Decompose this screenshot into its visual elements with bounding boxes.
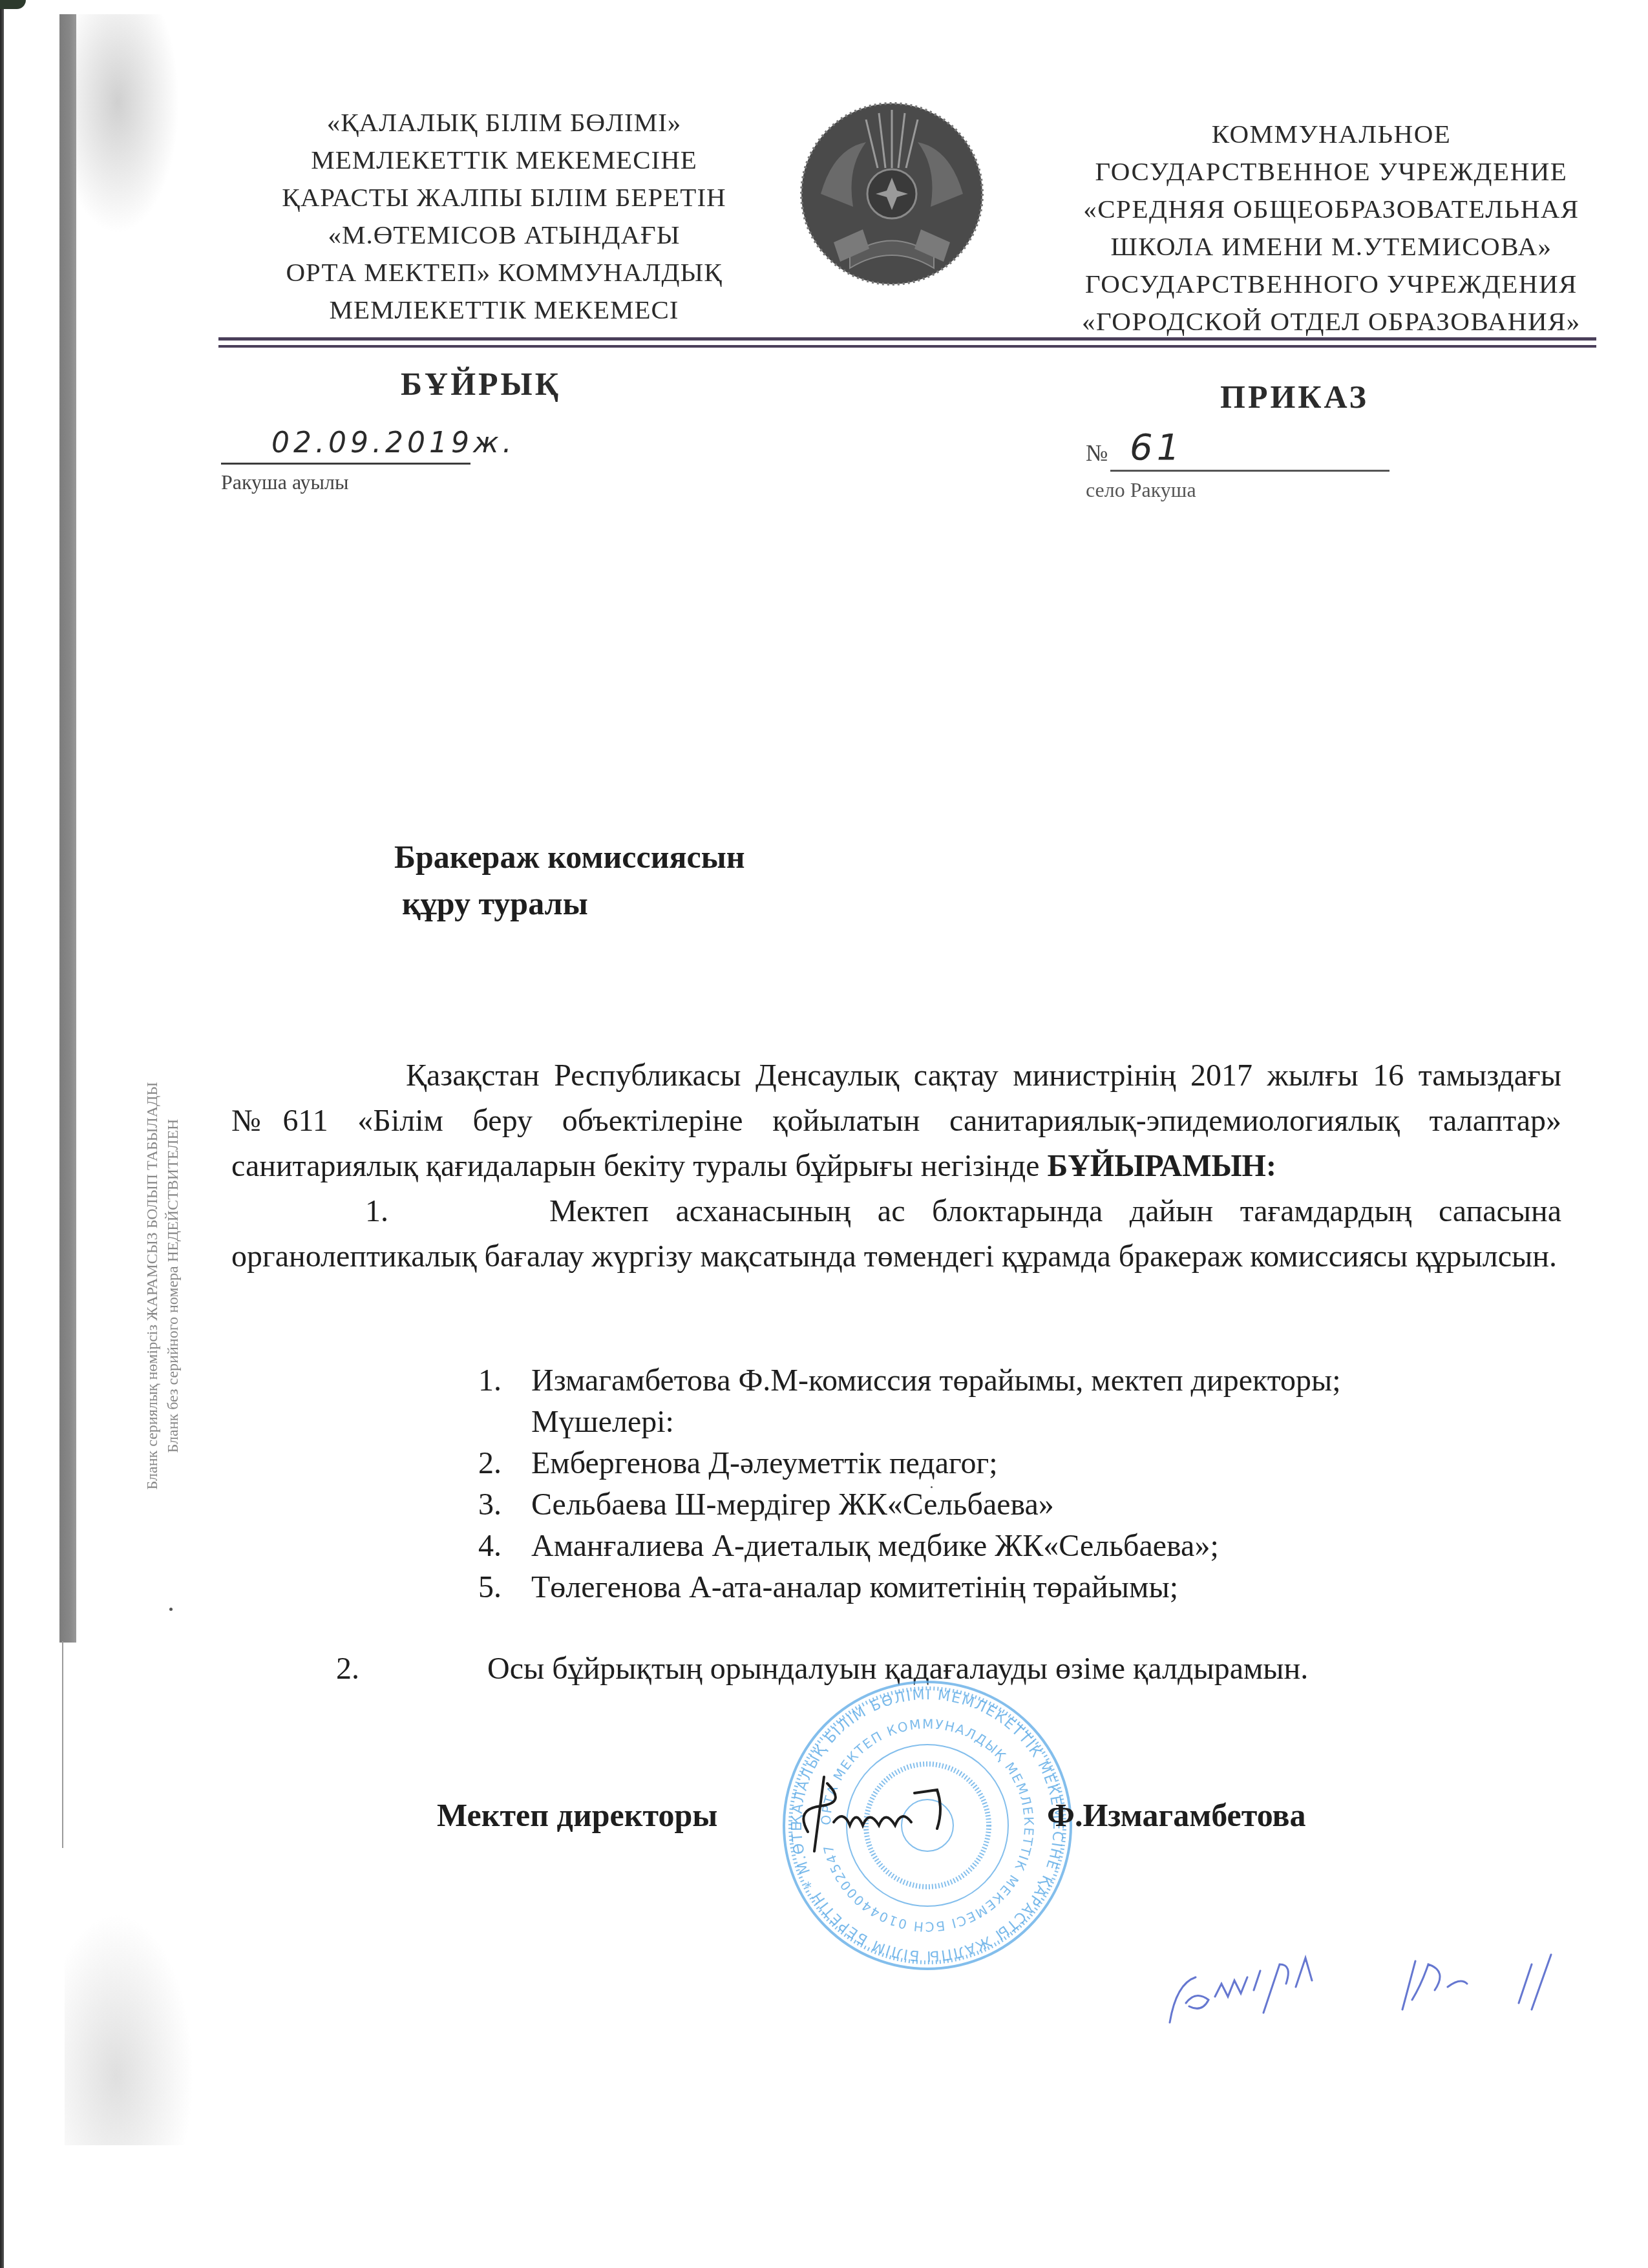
header-line: ШКОЛА ИМЕНИ М.УТЕМИСОВА» — [1060, 227, 1603, 265]
scan-dot — [931, 1486, 933, 1488]
state-emblem-icon — [795, 97, 989, 291]
handwritten-copy-note-icon — [1157, 1951, 1609, 2029]
item-text: Мектеп асханасының ас блоктарында дайын … — [231, 1194, 1561, 1274]
order-word: БҰЙЫРАМЫН: — [1047, 1149, 1276, 1183]
header-left-kz: «ҚАЛАЛЫҚ БІЛІМ БӨЛІМІ» МЕМЛЕКЕТТІК МЕКЕМ… — [246, 103, 763, 328]
member-row: 5.Төлегенова А-ата-аналар комитетінің тө… — [478, 1567, 1341, 1608]
handwritten-signature-icon — [788, 1770, 982, 1854]
scan-dot — [169, 1608, 173, 1611]
place-kz: Ракуша ауылы — [221, 470, 348, 494]
scan-noise — [76, 14, 180, 234]
date-underline — [221, 463, 470, 465]
scan-edge — [0, 0, 4, 2268]
header-line: КОММУНАЛЬНОЕ — [1060, 115, 1603, 152]
order-number: 61 — [1130, 426, 1183, 468]
subject-line: құру туралы — [394, 880, 745, 927]
member-row: 2.Ембергенова Д-әлеуметтік педагог; — [478, 1443, 1341, 1484]
header-line: ГОСУДАРСТВЕННОЕ УЧРЕЖДЕНИЕ — [1060, 152, 1603, 190]
blank-serial-note: Бланк сериялық нөмірсіз ЖАРАМСЫЗ БОЛЫП Т… — [142, 1060, 213, 1512]
signatory-name: Ф.Измагамбетова — [1047, 1796, 1305, 1834]
header-divider — [218, 337, 1596, 341]
header-line: «ГОРОДСКОЙ ОТДЕЛ ОБРАЗОВАНИЯ» — [1060, 302, 1603, 340]
member-row: 4.Аманғалиева А-диеталық медбике ЖК«Сель… — [478, 1526, 1341, 1567]
binding-shadow — [59, 14, 76, 1643]
header-line: МЕМЛЕКЕТТІК МЕКЕМЕСІНЕ — [246, 141, 763, 178]
members-heading: Мүшелері: — [478, 1402, 1341, 1443]
item-number: 2. — [336, 1651, 487, 1686]
header-line: МЕМЛЕКЕТТІК МЕКЕМЕСІ — [246, 291, 763, 328]
scan-corner — [0, 0, 26, 9]
header-right-ru: КОММУНАЛЬНОЕ ГОСУДАРСТВЕННОЕ УЧРЕЖДЕНИЕ … — [1060, 115, 1603, 340]
order-body: Қазақстан Республикасы Денсаулық сақтау … — [231, 1053, 1561, 1279]
binding-line — [62, 1641, 63, 1848]
header-line: «СРЕДНЯЯ ОБЩЕОБРАЗОВАТЕЛЬНАЯ — [1060, 190, 1603, 227]
member-row: 1.Измагамбетова Ф.М-комиссия төрайымы, м… — [478, 1360, 1341, 1402]
member-row: 3.Сельбаева Ш-мердігер ЖК«Сельбаева» — [478, 1484, 1341, 1526]
number-label: № — [1086, 439, 1108, 467]
order-subject: Бракераж комиссиясын құру туралы — [394, 834, 745, 927]
preamble: Қазақстан Республикасы Денсаулық сақтау … — [231, 1053, 1561, 1189]
number-underline — [1110, 470, 1389, 472]
place-ru: село Ракуша — [1086, 478, 1196, 502]
order-date: 02.09.2019ж. — [271, 426, 516, 459]
header-line: «ҚАЛАЛЫҚ БІЛІМ БӨЛІМІ» — [246, 103, 763, 141]
header-line: «М.ӨТЕМІСОВ АТЫНДАҒЫ — [246, 216, 763, 253]
item-number: 1. — [365, 1194, 388, 1228]
subject-line: Бракераж комиссиясын — [394, 834, 745, 880]
header-line: ҚАРАСТЫ ЖАЛПЫ БІЛІМ БЕРЕТІН — [246, 178, 763, 216]
signatory-role: Мектеп директоры — [437, 1796, 717, 1834]
commission-members: 1.Измагамбетова Ф.М-комиссия төрайымы, м… — [478, 1360, 1341, 1608]
preamble-text: Қазақстан Республикасы Денсаулық сақтау … — [231, 1058, 1561, 1183]
order-title-ru: ПРИКАЗ — [1220, 378, 1369, 415]
order-title-kz: БҰЙРЫҚ — [401, 365, 561, 403]
item-1: 1. Мектеп асханасының ас блоктарында дай… — [231, 1189, 1561, 1279]
scan-noise — [65, 1913, 194, 2145]
header-divider — [218, 345, 1596, 348]
header-line: ОРТА МЕКТЕП» КОММУНАЛДЫҚ — [246, 253, 763, 291]
header-line: ГОСУДАРСТВЕННОГО УЧРЕЖДЕНИЯ — [1060, 265, 1603, 302]
note-line-kz: Бланк сериялық нөмірсіз ЖАРАМСЫЗ БОЛЫП Т… — [142, 1060, 163, 1512]
note-line-ru: Бланк без серийного номера НЕДЕЙСТВИТЕЛЕ… — [163, 1060, 184, 1512]
